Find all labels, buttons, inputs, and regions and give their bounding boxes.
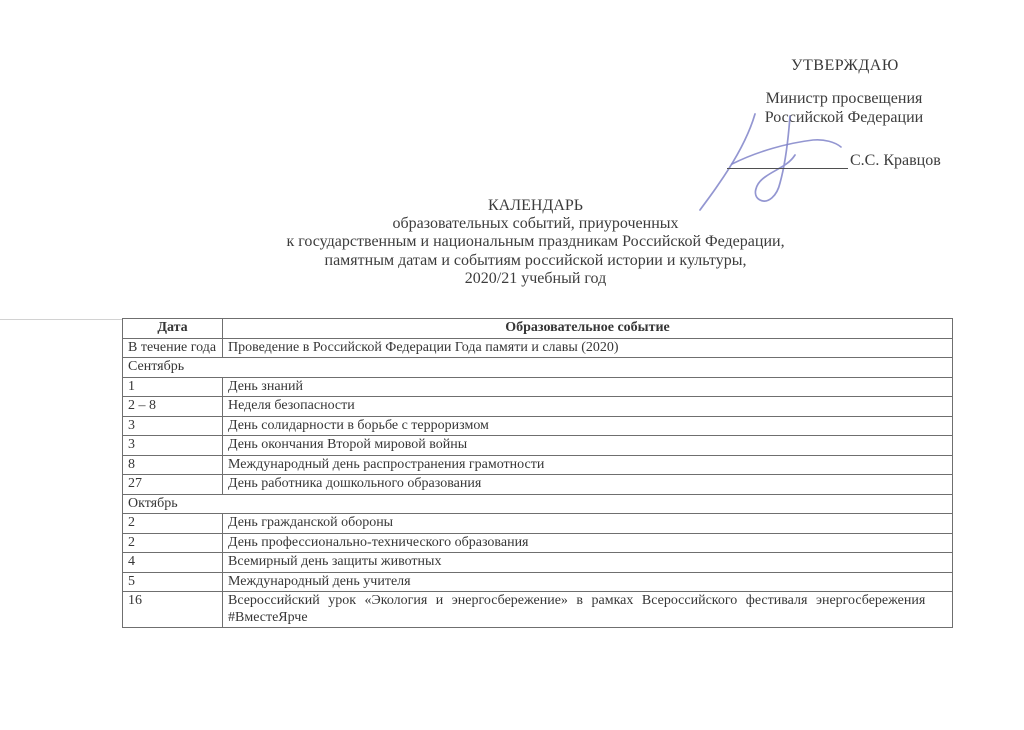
title-line-3: к государственным и национальным праздни… [167, 233, 904, 251]
event-cell: День гражданской обороны [223, 514, 953, 534]
month-cell: Октябрь [123, 494, 953, 514]
event-cell: День работника дошкольного образования [223, 475, 953, 495]
event-column-header: Образовательное событие [223, 319, 953, 339]
event-cell: День окончания Второй мировой войны [223, 436, 953, 456]
table-row: 5 Международный день учителя [123, 572, 953, 592]
date-cell: 5 [123, 572, 223, 592]
event-cell: День знаний [223, 377, 953, 397]
title-line-5: 2020/21 учебный год [167, 270, 904, 288]
table-row: 3 День солидарности в борьбе с терроризм… [123, 416, 953, 436]
date-cell: 4 [123, 553, 223, 573]
table-row: В течение года Проведение в Российской Ф… [123, 338, 953, 358]
header-row: Дата Образовательное событие [123, 319, 953, 339]
signature-line [727, 168, 848, 169]
event-cell: День солидарности в борьбе с терроризмом [223, 416, 953, 436]
calendar-table: Дата Образовательное событие В течение г… [122, 318, 953, 628]
table-row: 27 День работника дошкольного образовани… [123, 475, 953, 495]
document-title: КАЛЕНДАРЬ образовательных событий, приур… [167, 197, 904, 288]
date-column-header: Дата [123, 319, 223, 339]
title-line-2: образовательных событий, приуроченных [167, 215, 904, 233]
signature-stroke-loop [755, 116, 795, 201]
signer-name: С.С. Кравцов [850, 152, 941, 170]
event-cell: Проведение в Российской Федерации Года п… [223, 338, 953, 358]
table-row: 16 Всероссийский урок «Экология и энерго… [123, 592, 953, 628]
event-cell: Международный день учителя [223, 572, 953, 592]
date-cell: 8 [123, 455, 223, 475]
approval-stamp: УТВЕРЖДАЮ [758, 57, 932, 75]
month-row: Сентябрь [123, 358, 953, 378]
month-cell: Сентябрь [123, 358, 953, 378]
table-row: 2 – 8 Неделя безопасности [123, 397, 953, 417]
signature-stroke-diagonal [700, 114, 755, 210]
date-cell: 2 – 8 [123, 397, 223, 417]
event-cell: Неделя безопасности [223, 397, 953, 417]
event-cell: Всероссийский урок «Экология и энергосбе… [223, 592, 953, 628]
event-cell: День профессионально-технического образо… [223, 533, 953, 553]
date-cell: В течение года [123, 338, 223, 358]
date-cell: 3 [123, 436, 223, 456]
title-line-4: памятным датам и событиям российской ист… [167, 252, 904, 270]
month-row: Октябрь [123, 494, 953, 514]
table-row: 4 Всемирный день защиты животных [123, 553, 953, 573]
date-cell: 2 [123, 514, 223, 534]
table-row: 3 День окончания Второй мировой войны [123, 436, 953, 456]
date-cell: 3 [123, 416, 223, 436]
event-cell: Всемирный день защиты животных [223, 553, 953, 573]
scanned-document-page: { "approval": { "stamp": "УТВЕРЖДАЮ", "m… [0, 0, 1024, 730]
table-row: 1 День знаний [123, 377, 953, 397]
table-row: 2 День гражданской обороны [123, 514, 953, 534]
date-cell: 1 [123, 377, 223, 397]
date-cell: 16 [123, 592, 223, 628]
scan-artifact-line [0, 319, 123, 320]
date-cell: 2 [123, 533, 223, 553]
title-line-1: КАЛЕНДАРЬ [167, 197, 904, 215]
table-row: 8 Международный день распространения гра… [123, 455, 953, 475]
date-cell: 27 [123, 475, 223, 495]
event-cell: Международный день распространения грамо… [223, 455, 953, 475]
table-row: 2 День профессионально-технического обра… [123, 533, 953, 553]
